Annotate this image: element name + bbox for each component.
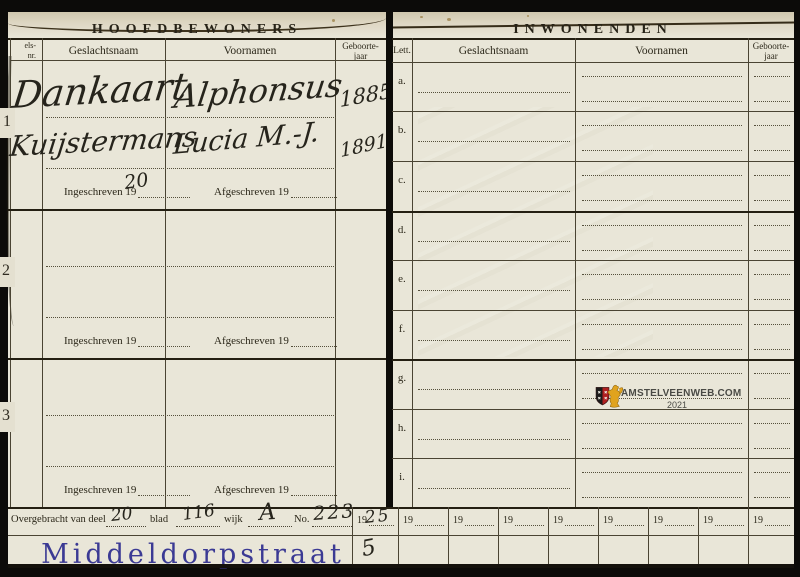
row-rule [392,111,794,112]
house-number-handwritten: 5 [360,535,378,562]
firstnames-handwritten: Alphonsus [172,66,345,116]
blind-emboss-stamp [418,107,653,357]
birthyear-rule [754,250,790,251]
header-bottom-rule [10,60,386,61]
birthyear-header-line1: Geboorte- [753,41,789,51]
birthyear-rule [754,472,790,473]
birthyear-rule [754,125,790,126]
firstnames-rule [582,299,742,300]
year-prefix: 19 [703,515,713,526]
dotted-fill [138,484,190,496]
year-prefix: 19 [553,515,563,526]
afgeschreven-label: Afgeschreven 19 [214,186,289,198]
dotted-fill [665,525,694,526]
row-letter: c. [392,174,412,186]
entry-rule [46,415,336,416]
right-page-title: INWONENDEN [392,22,794,38]
column-header-birthyear: Geboorte- jaar [748,42,794,61]
surname-rule [418,488,570,489]
year-cell: 19 [648,507,698,535]
entry-rule [46,317,336,318]
year-cell: 19 [748,507,794,535]
blad-handwritten: 116 [181,501,216,525]
birthyear-rule [754,448,790,449]
firstnames-rule [582,472,742,473]
afgeschreven-line: Afgeschreven 19 [214,335,339,347]
row-rule [392,161,794,162]
dotted-fill [765,525,790,526]
margin-number: 3 [2,407,10,425]
birthyear-rule [754,497,790,498]
dotted-fill [291,186,337,198]
surname-firstnames-rule [575,38,576,508]
firstnames-rule [582,125,742,126]
firstnames-rule [582,250,742,251]
column-header-surname: Geslachtsnaam [412,45,575,57]
bottom-row-rule [8,535,794,536]
surname-rule [418,389,570,390]
firstnames-rule [582,200,742,201]
birthyear-handwritten: 1885 [339,78,392,112]
margin-header-line2: nr. [28,51,36,60]
birthyear-header-line1: Geboorte- [342,41,378,51]
ingeschreven-line: Ingeschreven 19 [64,484,192,496]
stain-speck [527,15,529,17]
margin-column-header: els- nr. [8,41,38,60]
firstnames-rule [582,497,742,498]
year-cell: 19 25 [352,507,398,535]
row-rule [392,458,794,459]
year-prefix: 19 [503,515,513,526]
left-page-title: HOOFDBEWONERS [8,22,386,38]
row-letter: h. [392,422,412,434]
firstnames-rule [582,150,742,151]
year-prefix: 19 [403,515,413,526]
year-cell: 19 [698,507,748,535]
dotted-fill [465,525,494,526]
row-rule [392,260,794,261]
column-header-firstnames: Voornamen [165,45,335,57]
ingeschreven-label: Ingeschreven 19 [64,335,136,347]
firstnames-birthyear-rule [748,38,749,508]
dotted-fill [715,525,744,526]
header-bottom-rule [392,62,794,63]
firstnames-rule [582,349,742,350]
birthyear-rule [754,349,790,350]
dotted-fill [415,525,444,526]
firstnames-rule [582,175,742,176]
surname-rule [418,439,570,440]
birthyear-rule [754,225,790,226]
entry-rule [46,168,336,169]
row-letter: f. [392,323,412,335]
row-rule [392,310,794,311]
surname-rule [418,92,570,93]
birthyear-rule [754,373,790,374]
birthyear-rule [754,76,790,77]
column-header-birthyear: Geboorte- jaar [335,42,386,61]
surname-rule [418,241,570,242]
year-prefix: 19 [603,515,613,526]
block-separator [8,358,386,360]
afgeschreven-label: Afgeschreven 19 [214,484,289,496]
entry-rule [46,266,336,267]
row-letter: e. [392,273,412,285]
birthyear-rule [754,175,790,176]
dotted-fill [291,335,337,347]
row-letter: d. [392,224,412,236]
row-letter: b. [392,124,412,136]
year-prefix: 19 [753,515,763,526]
transfer-value-no-field: 223 [312,510,352,527]
stain-speck [447,18,451,21]
column-header-firstnames: Voornamen [575,45,748,57]
transfer-value-deel-field: 20 [106,510,146,527]
transfer-value-wijk-field: A [248,510,292,527]
ingeschreven-label: Ingeschreven 19 [64,484,136,496]
birthyear-rule [754,200,790,201]
birthyear-rule [754,150,790,151]
surname-handwritten: Kuijstermans [8,120,199,163]
birthyear-header-line2: jaar [354,51,368,61]
wijk-handwritten: A [258,499,276,526]
deel-handwritten: 20 [110,504,134,526]
stain-speck [420,16,423,18]
margin-number: 2 [2,262,10,280]
birthyear-header-line2: jaar [764,51,778,61]
firstnames-rule [582,324,742,325]
afgeschreven-line: Afgeschreven 19 [214,484,339,496]
surname-rule [418,290,570,291]
year-cell: 19 [548,507,598,535]
birthyear-rule [754,324,790,325]
year-prefix: 19 [653,515,663,526]
block-separator [8,209,386,211]
transfer-label-blad: blad [150,514,168,525]
column-header-lett: Lett. [392,46,412,56]
row-letter: g. [392,372,412,384]
title-rule [392,38,794,40]
firstnames-rule [582,76,742,77]
dotted-fill [138,335,190,347]
year-cell: 19 [448,507,498,535]
dotted-fill [565,525,594,526]
birthyear-rule [754,398,790,399]
surname-rule [418,340,570,341]
year-cell: 19 [598,507,648,535]
ingeschreven-year-handwritten: 20 [123,169,150,194]
surname-rule [418,141,570,142]
dotted-fill [515,525,544,526]
row-letter: i. [392,471,412,483]
birthyear-rule [754,101,790,102]
entry-rule [46,466,336,467]
website-watermark: AMSTELVEENWEB.COM 2021 [585,383,735,413]
firstnames-rule [582,373,742,374]
afgeschreven-label: Afgeschreven 19 [214,335,289,347]
transfer-value-blad-field: 116 [176,510,220,527]
transfer-label-no: No. [294,514,309,525]
firstnames-rule [582,448,742,449]
row-letter: a. [392,75,412,87]
column-header-surname: Geslachtsnaam [42,45,165,57]
birthyear-rule [754,299,790,300]
firstnames-rule [582,423,742,424]
dotted-fill [615,525,644,526]
birthyear-handwritten: 1891 [339,130,388,162]
surname-handwritten: Dankaart [10,65,190,117]
row-group-rule [392,211,794,213]
row-group-rule [392,359,794,361]
firstnames-rule [582,225,742,226]
watermark-text: AMSTELVEENWEB.COM [621,388,741,399]
surname-rule [418,191,570,192]
ingeschreven-line: Ingeschreven 19 [64,335,192,347]
title-rule [8,38,386,40]
entry-rule [46,117,336,118]
paper-spread: HOOFDBEWONERS els- nr. Geslachtsnaam Voo… [8,12,794,568]
year-cell: 19 [398,507,448,535]
lett-surname-rule [412,38,413,508]
scanned-register-card: HOOFDBEWONERS els- nr. Geslachtsnaam Voo… [0,0,800,577]
year-cell: 19 [498,507,548,535]
watermark-year: 2021 [667,400,687,410]
year-handwritten: 25 [364,505,392,528]
afgeschreven-line: Afgeschreven 19 [214,186,339,198]
birthyear-rule [754,423,790,424]
firstnames-rule [582,101,742,102]
margin-header-line1: els- [24,41,36,50]
firstnames-rule [582,274,742,275]
dotted-fill [291,484,337,496]
no-handwritten: 223 [312,500,356,525]
transfer-label-wijk: wijk [224,514,243,525]
bottom-border-rule [8,564,794,568]
firstnames-birthyear-rule [335,38,336,507]
transfer-label-deel: Overgebracht van deel [11,514,106,525]
year-prefix: 19 [453,515,463,526]
birthyear-rule [754,274,790,275]
